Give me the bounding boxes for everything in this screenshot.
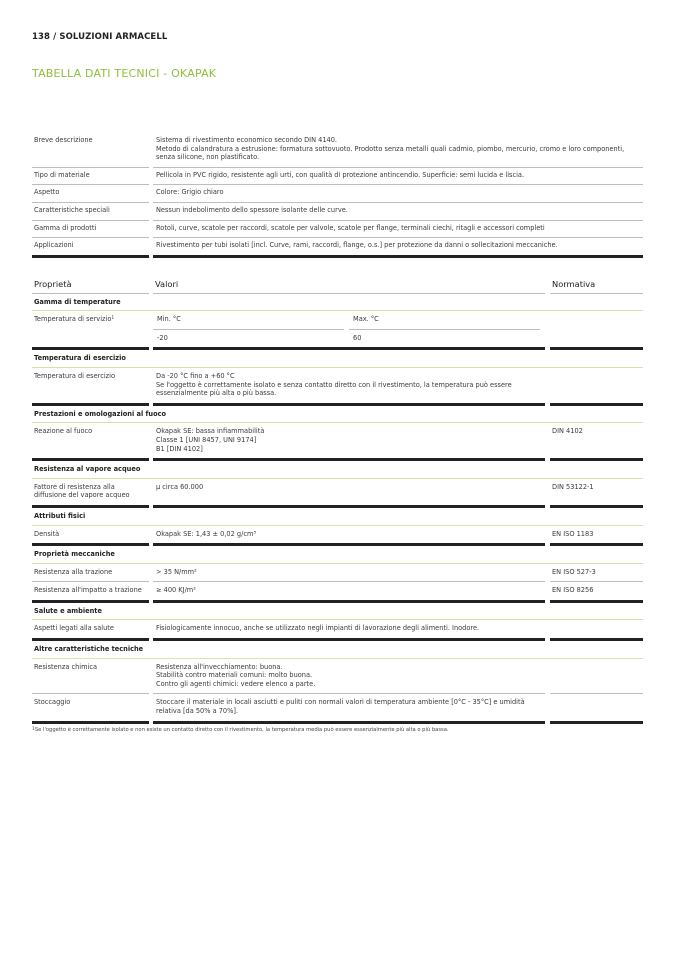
row-label: Aspetti legati alla salute bbox=[32, 620, 149, 641]
table-row: Aspetto Colore: Grigio chiaro bbox=[32, 185, 643, 203]
row-value: Pellicola in PVC rigido, resistente agli… bbox=[153, 168, 643, 186]
section-other: Altre caratteristiche tecniche bbox=[32, 641, 643, 659]
header-property: Proprietà bbox=[32, 278, 149, 294]
row-label: Applicazioni bbox=[32, 238, 149, 258]
header-values: Valori bbox=[153, 278, 545, 294]
section-physical: Attributi fisici bbox=[32, 508, 643, 526]
row-value: Sistema di rivestimento economico second… bbox=[153, 134, 643, 168]
row-standard bbox=[550, 620, 643, 641]
row-label: Fattore di resistenza alla diffusione de… bbox=[32, 479, 149, 508]
min-label: Min. °C bbox=[153, 311, 344, 330]
row-label: Gamma di prodotti bbox=[32, 221, 149, 239]
row-value: Rivestimento per tubi isolati [incl. Cur… bbox=[153, 238, 643, 258]
table-row: Resistenza chimica Resistenza all'invecc… bbox=[32, 659, 643, 695]
row-label: Resistenza all'impatto a trazione bbox=[32, 582, 149, 603]
footnote: 1Se l'oggetto è correttamente isolato e … bbox=[32, 727, 449, 733]
table-row: Densità Okapak SE: 1,43 ± 0,02 g/cm³ EN … bbox=[32, 526, 643, 547]
row-value: > 35 N/mm² bbox=[153, 564, 545, 583]
section-fire: Prestazioni e omologazioni al fuoco bbox=[32, 406, 643, 424]
row-label: Densità bbox=[32, 526, 149, 547]
label-text: Temperatura di servizio bbox=[34, 315, 111, 323]
section-health: Salute e ambiente bbox=[32, 603, 643, 621]
table-row: Reazione al fuoco Okapak SE: bassa infia… bbox=[32, 423, 643, 461]
row-value: ≥ 400 KJ/m² bbox=[153, 582, 545, 603]
row-standard: DIN 53122-1 bbox=[550, 479, 643, 508]
temperature-grid: Min. °C Max. °C -20 60 bbox=[153, 311, 545, 350]
page-header: 138 / SOLUZIONI ARMACELL bbox=[32, 32, 167, 42]
overview-table: Breve descrizione Sistema di rivestiment… bbox=[32, 134, 643, 258]
table-row: Resistenza all'impatto a trazione ≥ 400 … bbox=[32, 582, 643, 603]
table-row: Breve descrizione Sistema di rivestiment… bbox=[32, 134, 643, 168]
row-label: Breve descrizione bbox=[32, 134, 149, 168]
row-standard: EN ISO 527-3 bbox=[550, 564, 643, 583]
table-row: Fattore di resistenza alla diffusione de… bbox=[32, 479, 643, 508]
row-label: Reazione al fuoco bbox=[32, 423, 149, 461]
section-temperature-range: Gamma di temperature bbox=[32, 294, 643, 312]
row-value: Nessun indebolimento dello spessore isol… bbox=[153, 203, 643, 221]
section-vapour: Resistenza al vapore acqueo bbox=[32, 461, 643, 479]
row-label: Aspetto bbox=[32, 185, 149, 203]
row-label: Resistenza chimica bbox=[32, 659, 149, 695]
row-standard: EN ISO 8256 bbox=[550, 582, 643, 603]
table-row: Temperatura di esercizio Da -20 °C fino … bbox=[32, 368, 643, 406]
table-row: Tipo di materiale Pellicola in PVC rigid… bbox=[32, 168, 643, 186]
row-label: Caratteristiche speciali bbox=[32, 203, 149, 221]
row-value: Okapak SE: 1,43 ± 0,02 g/cm³ bbox=[153, 526, 545, 547]
row-standard: DIN 4102 bbox=[550, 423, 643, 461]
footnote-text: Se l'oggetto è correttamente isolato e n… bbox=[35, 727, 449, 733]
row-label: Tipo di materiale bbox=[32, 168, 149, 186]
table-row: Stoccaggio Stoccare il materiale in loca… bbox=[32, 694, 643, 723]
table-row: Applicazioni Rivestimento per tubi isola… bbox=[32, 238, 643, 258]
properties-table: Proprietà Valori Normativa Gamma di temp… bbox=[32, 278, 643, 724]
footnote-mark: 1 bbox=[111, 316, 114, 321]
row-value: Rotoli, curve, scatole per raccordi, sca… bbox=[153, 221, 643, 239]
table-row: Caratteristiche speciali Nessun indeboli… bbox=[32, 203, 643, 221]
row-value: Stoccare il materiale in locali asciutti… bbox=[153, 694, 545, 723]
row-standard bbox=[550, 368, 643, 406]
row-standard bbox=[550, 311, 643, 350]
row-label: Resistenza alla trazione bbox=[32, 564, 149, 583]
row-value: Da -20 °C fino a +60 °C Se l'oggetto è c… bbox=[153, 368, 545, 406]
page-title: TABELLA DATI TECNICI - OKAPAK bbox=[32, 67, 216, 80]
section-operating-temperature: Temperatura di esercizio bbox=[32, 350, 643, 368]
table-row: Gamma di prodotti Rotoli, curve, scatole… bbox=[32, 221, 643, 239]
row-label: Temperatura di servizio1 bbox=[32, 311, 149, 350]
row-value: Okapak SE: bassa infiammabilità Classe 1… bbox=[153, 423, 545, 461]
row-standard bbox=[550, 659, 643, 695]
max-label: Max. °C bbox=[349, 311, 540, 330]
row-label: Stoccaggio bbox=[32, 694, 149, 723]
header-standard: Normativa bbox=[550, 278, 643, 294]
row-value: Colore: Grigio chiaro bbox=[153, 185, 643, 203]
row-value: Resistenza all'invecchiamento: buona. St… bbox=[153, 659, 545, 695]
min-value: -20 bbox=[153, 330, 344, 348]
row-value: Fisiologicamente innocuo, anche se utili… bbox=[153, 620, 545, 641]
row-label: Temperatura di esercizio bbox=[32, 368, 149, 406]
max-value: 60 bbox=[349, 330, 540, 348]
table-row: Aspetti legati alla salute Fisiologicame… bbox=[32, 620, 643, 641]
row-value: μ circa 60.000 bbox=[153, 479, 545, 508]
table-row: Resistenza alla trazione > 35 N/mm² EN I… bbox=[32, 564, 643, 583]
section-mechanical: Proprietà meccaniche bbox=[32, 546, 643, 564]
table-row: Temperatura di servizio1 Min. °C Max. °C… bbox=[32, 311, 643, 350]
row-standard bbox=[550, 694, 643, 723]
row-standard: EN ISO 1183 bbox=[550, 526, 643, 547]
table-header: Proprietà Valori Normativa bbox=[32, 278, 643, 294]
